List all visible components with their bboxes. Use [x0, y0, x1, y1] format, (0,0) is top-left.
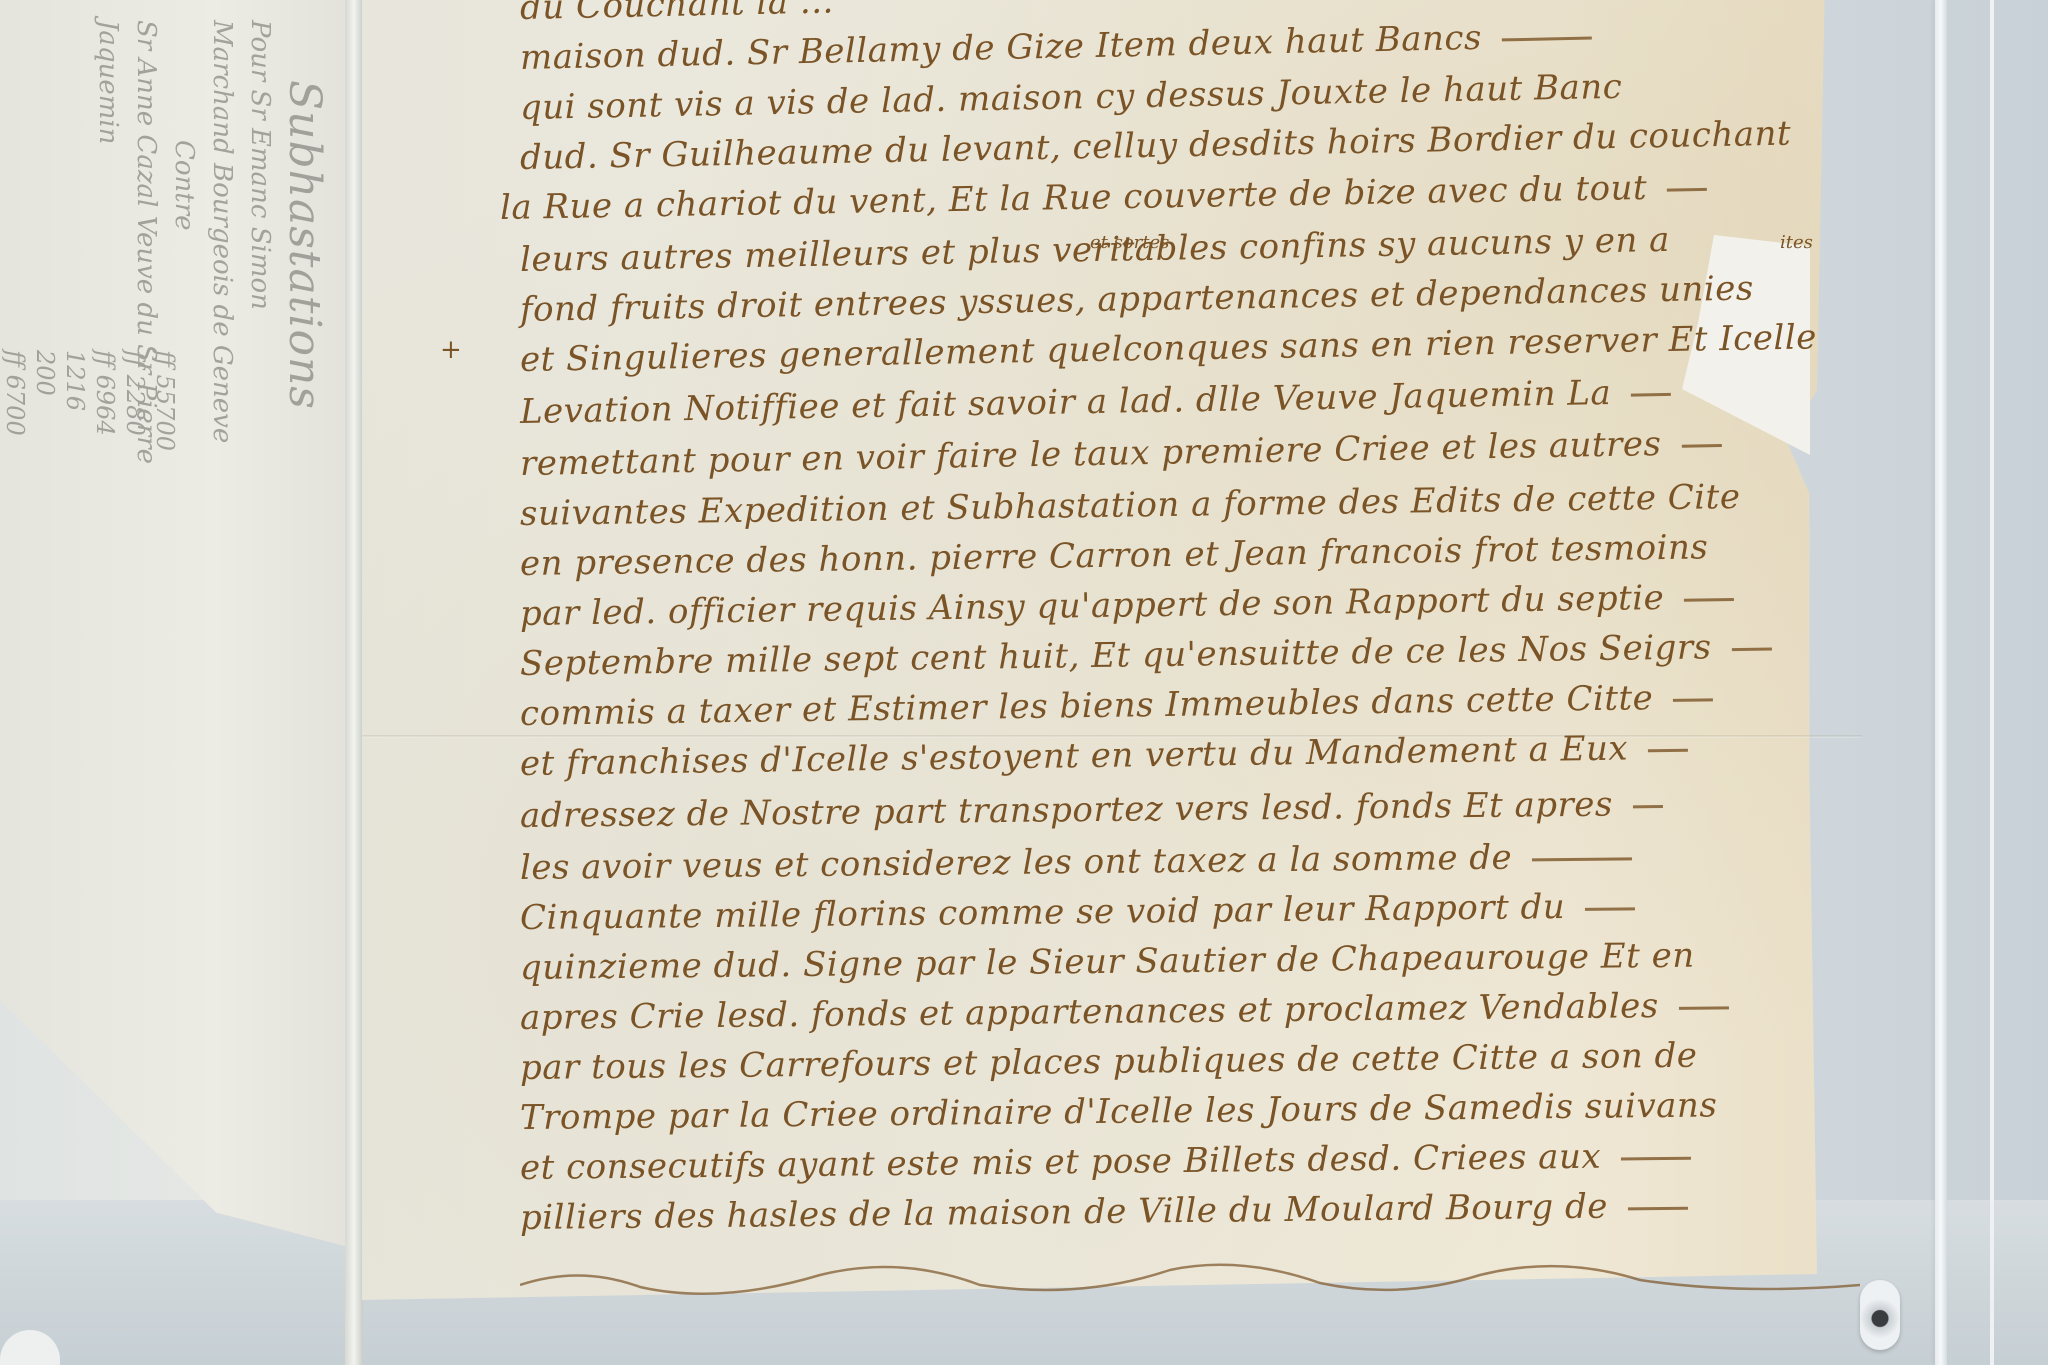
- line-filler-dash: [1667, 187, 1707, 191]
- figure-value: ff 2280: [120, 350, 150, 451]
- acrylic-edge: [1990, 0, 1994, 1365]
- line-filler-dash: [1631, 392, 1671, 396]
- figure-value: ff 55700: [150, 350, 180, 451]
- docket-title: Subhastations: [279, 80, 330, 680]
- line-filler-dash: [1684, 598, 1734, 602]
- docket-figures: ff 55700 ff 2280 ff 6964 1216 200 ff 670…: [0, 350, 180, 451]
- docket-line: Marchand Bourgeois de Geneve: [203, 20, 241, 680]
- line-filler-dash: [1633, 805, 1663, 808]
- line-filler-dash: [1502, 36, 1592, 41]
- figure-value: ff 6964: [90, 350, 120, 451]
- margin-cross-mark: +: [440, 335, 462, 365]
- figure-value: ff 6700: [0, 350, 30, 451]
- closing-flourish-line: [520, 1245, 1860, 1305]
- line-filler-dash: [1628, 1206, 1688, 1210]
- line-filler-dash: [1673, 698, 1713, 702]
- figure-value: 1216: [60, 350, 90, 451]
- acrylic-divider: [345, 0, 363, 1365]
- figure-value: 200: [30, 350, 60, 451]
- line-filler-dash: [1532, 857, 1632, 861]
- line-filler-dash: [1679, 1006, 1729, 1010]
- docket-notes: Subhastations Pour Sr Emanc Simon Marcha…: [30, 20, 330, 680]
- line-filler-dash: [1648, 748, 1688, 752]
- line-filler-dash: [1732, 647, 1772, 651]
- docket-line: Pour Sr Emanc Simon: [241, 20, 279, 680]
- display-mount-clip: [1860, 1280, 1900, 1350]
- line-filler-dash: [1621, 1156, 1691, 1160]
- line-filler-dash: [1681, 444, 1721, 448]
- line-filler-dash: [1585, 907, 1635, 911]
- acrylic-edge: [1935, 0, 1947, 1365]
- margin-superscript: ites: [1780, 232, 1813, 253]
